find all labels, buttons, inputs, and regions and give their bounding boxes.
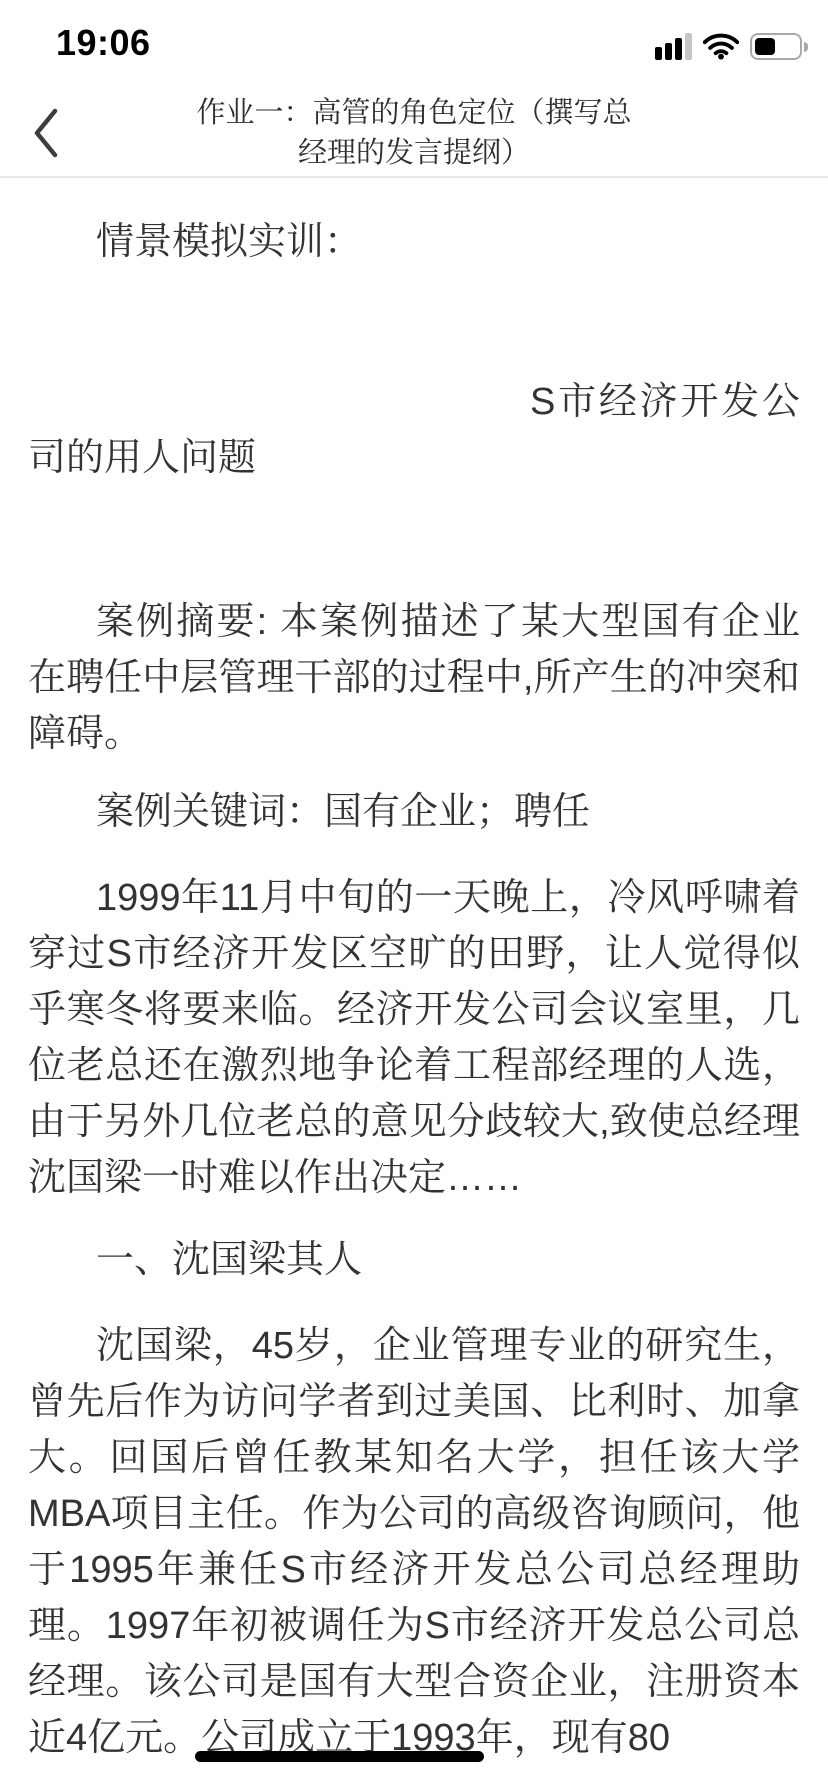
section-heading: 一、沈国梁其人 bbox=[28, 1232, 800, 1288]
wifi-icon bbox=[703, 33, 739, 60]
paragraph-intro: 情景模拟实训： bbox=[28, 214, 800, 270]
document-content[interactable]: 情景模拟实训： S市经济开发公司的用人问题 案例摘要: 本案例描述了某大型国有企… bbox=[0, 178, 828, 1792]
bio-text-pre: 沈国梁，45岁，企业管理专业的研究生，曾先后作为访问学者到过美国、比利时、加拿大… bbox=[28, 1325, 800, 1759]
paragraph-shen-bio: 沈国梁，45岁，企业管理专业的研究生，曾先后作为访问学者到过美国、比利时、加拿大… bbox=[28, 1318, 800, 1766]
status-time: 19:06 bbox=[56, 22, 151, 64]
status-bar: 19:06 bbox=[0, 0, 828, 90]
phone-screen: 19:06 bbox=[0, 0, 828, 1792]
paragraph-abstract: 案例摘要: 本案例描述了某大型国有企业在聘任中层管理干部的过程中,所产生的冲突和… bbox=[28, 594, 800, 762]
marker-underlined-text: 公司成立于1993 bbox=[201, 1717, 476, 1759]
cellular-signal-icon bbox=[655, 32, 692, 62]
bio-text-post: 年，现有80 bbox=[476, 1717, 670, 1759]
battery-icon bbox=[750, 33, 802, 60]
paragraph-keywords: 案例关键词：国有企业；聘任 bbox=[28, 784, 800, 840]
paragraph-story: 1999年11月中旬的一天晚上，冷风呼啸着穿过S市经济开发区空旷的田野，让人觉得… bbox=[28, 870, 800, 1206]
chevron-left-icon bbox=[31, 106, 61, 160]
nav-bar: 作业一：高管的角色定位（撰写总经理的发言提纲） bbox=[0, 90, 828, 176]
page-title: 作业一：高管的角色定位（撰写总经理的发言提纲） bbox=[196, 90, 632, 173]
status-icons bbox=[655, 30, 802, 62]
back-button[interactable] bbox=[14, 102, 78, 166]
battery-fill bbox=[755, 38, 775, 55]
case-title: S市经济开发公司的用人问题 bbox=[28, 374, 800, 486]
